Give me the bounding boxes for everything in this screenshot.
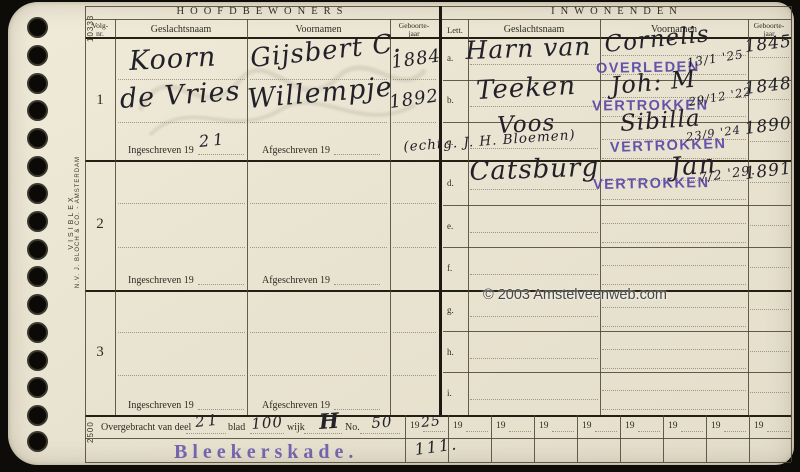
inw-b-surname: Teeken xyxy=(475,71,576,106)
writing-line xyxy=(118,375,245,376)
hb1-ingeschreven-value: 21 xyxy=(198,129,228,151)
grid-line xyxy=(791,6,792,462)
writing-line xyxy=(198,154,244,155)
writing-line xyxy=(602,409,746,410)
writing-line xyxy=(750,57,789,58)
punch-hole xyxy=(27,294,48,315)
grid-line xyxy=(443,331,791,332)
grid-line xyxy=(600,19,601,415)
year-cell-prefix: 19 xyxy=(582,421,592,431)
grid-line xyxy=(443,247,791,248)
writing-line xyxy=(393,375,436,376)
col-volgnr: nr. xyxy=(85,29,115,38)
grid-line xyxy=(620,415,621,462)
writing-line xyxy=(750,99,789,100)
grid-line xyxy=(468,19,469,415)
writing-line xyxy=(250,247,387,248)
writing-line xyxy=(250,122,387,123)
grid-line xyxy=(405,415,406,462)
writing-line xyxy=(334,409,380,410)
block-number-3: 3 xyxy=(88,344,112,361)
punch-hole xyxy=(27,128,48,149)
hoofdbewoners-title: HOOFDBEWONERS xyxy=(85,6,440,17)
grid-line xyxy=(706,415,707,462)
deel-value: 21 xyxy=(194,410,221,431)
writing-line xyxy=(250,433,284,434)
year-cell-prefix: 19 xyxy=(625,421,635,431)
writing-line xyxy=(602,284,746,285)
punch-hole xyxy=(27,17,48,38)
grid-line xyxy=(577,415,578,462)
writing-line xyxy=(118,247,245,248)
no-label: No. xyxy=(345,422,360,433)
writing-line xyxy=(602,223,746,224)
writing-line xyxy=(509,431,531,432)
row-letter-h: h. xyxy=(447,347,454,357)
writing-line xyxy=(186,433,226,434)
inwonenden-title: INWONENDEN xyxy=(443,6,791,17)
grid-line xyxy=(443,372,791,373)
year-cell-prefix: 19 xyxy=(668,421,678,431)
year-cell-prefix: 19 xyxy=(539,421,549,431)
writing-line xyxy=(470,232,598,233)
ingeschreven-label: Ingeschreven 19 xyxy=(128,145,194,156)
writing-line xyxy=(750,309,789,310)
writing-line xyxy=(393,79,436,80)
writing-line xyxy=(334,284,380,285)
writing-line xyxy=(638,431,660,432)
col-lett: Lett. xyxy=(441,25,469,35)
col-geslachtsnaam: Geslachtsnaam xyxy=(115,24,247,35)
year-cell-prefix: 19 xyxy=(453,421,463,431)
section-divider xyxy=(439,6,442,415)
year-cell-prefix: 19 xyxy=(754,421,764,431)
grid-line xyxy=(663,415,664,462)
grid-line xyxy=(443,205,791,206)
no-value: 50 xyxy=(371,413,393,432)
row-letter-d: d. xyxy=(447,178,454,188)
inw-a-surname: Harn van xyxy=(465,32,592,65)
street-stamp: Bleekerskade. xyxy=(174,441,358,464)
punch-hole xyxy=(27,100,48,121)
writing-line xyxy=(118,203,245,204)
writing-line xyxy=(602,199,746,200)
afgeschreven-label: Afgeschreven 19 xyxy=(262,145,330,156)
row-letter-f: f. xyxy=(447,263,452,273)
grid-line xyxy=(749,415,750,462)
writing-line xyxy=(552,431,574,432)
writing-line xyxy=(470,274,598,275)
writing-line xyxy=(423,431,445,432)
writing-line xyxy=(118,122,245,123)
block-number-2: 2 xyxy=(88,216,112,233)
writing-line xyxy=(750,392,789,393)
writing-line xyxy=(393,247,436,248)
year-cell-prefix: 19 xyxy=(711,421,721,431)
hb1-surname-1: Koorn xyxy=(128,41,217,77)
row-letter-b: b. xyxy=(447,95,454,105)
punch-hole xyxy=(27,266,48,287)
writing-line xyxy=(470,106,598,107)
grid-line xyxy=(85,6,86,462)
writing-line xyxy=(602,326,746,327)
overgebracht-label: Overgebracht van deel xyxy=(101,422,191,433)
writing-line xyxy=(393,122,436,123)
writing-line xyxy=(750,141,789,142)
writing-line xyxy=(466,431,488,432)
writing-line xyxy=(602,242,746,243)
writing-line xyxy=(724,431,746,432)
grid-line xyxy=(491,415,492,462)
writing-line xyxy=(681,431,703,432)
writing-line xyxy=(602,349,746,350)
writing-line xyxy=(250,332,387,333)
inw-d-surname: Catsburg xyxy=(469,152,600,187)
card-maker-name: VISIBLEX xyxy=(68,142,75,302)
block-number-1: 1 xyxy=(88,92,112,109)
row-letter-e: e. xyxy=(447,221,453,231)
writing-line xyxy=(470,189,598,190)
writing-line xyxy=(470,399,598,400)
wijk-value: H xyxy=(318,408,341,434)
year-cell-prefix: 19 xyxy=(410,421,420,431)
writing-line xyxy=(393,203,436,204)
punch-hole xyxy=(27,322,48,343)
punch-hole xyxy=(27,156,48,177)
punch-hole xyxy=(27,73,48,94)
writing-line xyxy=(602,368,746,369)
punch-hole xyxy=(27,211,48,232)
punch-hole xyxy=(27,350,48,371)
punch-hole xyxy=(27,377,48,398)
writing-line xyxy=(595,431,617,432)
punch-hole xyxy=(27,405,48,426)
writing-line xyxy=(470,316,598,317)
card-maker: VISIBLEX N.V. J. BLOCH & CO. - AMSTERDAM xyxy=(68,142,81,302)
ingeschreven-label: Ingeschreven 19 xyxy=(128,400,194,411)
writing-line xyxy=(767,431,789,432)
writing-line xyxy=(602,265,746,266)
serial-bottom: 2500 xyxy=(86,421,95,443)
row-letter-i: i. xyxy=(447,388,452,398)
writing-line xyxy=(750,351,789,352)
grid-line xyxy=(534,415,535,462)
blad-value: 100 xyxy=(251,413,284,433)
writing-line xyxy=(334,154,380,155)
writing-line xyxy=(360,433,400,434)
punch-hole xyxy=(27,431,48,452)
vertrokken-stamp: VERTROKKEN xyxy=(593,175,710,193)
writing-line xyxy=(198,284,244,285)
blad-label: blad xyxy=(228,422,245,433)
grid-line xyxy=(85,19,791,20)
afgeschreven-label: Afgeschreven 19 xyxy=(262,275,330,286)
screenshot-root: 10333 2500 VISIBLEX N.V. J. BLOCH & CO. … xyxy=(0,0,800,472)
writing-line xyxy=(602,390,746,391)
grid-line xyxy=(115,19,116,415)
row-letter-a: a. xyxy=(447,53,453,63)
row-letter-g: g. xyxy=(447,305,454,315)
writing-line xyxy=(750,267,789,268)
writing-line xyxy=(250,203,387,204)
copyright-watermark: © 2003 Amstelveenweb.com xyxy=(483,287,667,303)
punch-hole xyxy=(27,45,48,66)
writing-line xyxy=(250,375,387,376)
punch-hole xyxy=(27,183,48,204)
writing-line xyxy=(393,332,436,333)
card-maker-company: N.V. J. BLOCH & CO. - AMSTERDAM xyxy=(75,142,81,302)
year-cell-prefix: 19 xyxy=(496,421,506,431)
punch-hole xyxy=(27,239,48,260)
writing-line xyxy=(750,225,789,226)
grid-line xyxy=(247,19,248,415)
ingeschreven-label: Ingeschreven 19 xyxy=(128,275,194,286)
writing-line xyxy=(470,358,598,359)
year-cell-value: 25 xyxy=(420,413,441,431)
writing-line xyxy=(198,409,244,410)
writing-line xyxy=(118,332,245,333)
wijk-label: wijk xyxy=(287,422,305,433)
writing-line xyxy=(602,307,746,308)
grid-line xyxy=(85,290,791,292)
